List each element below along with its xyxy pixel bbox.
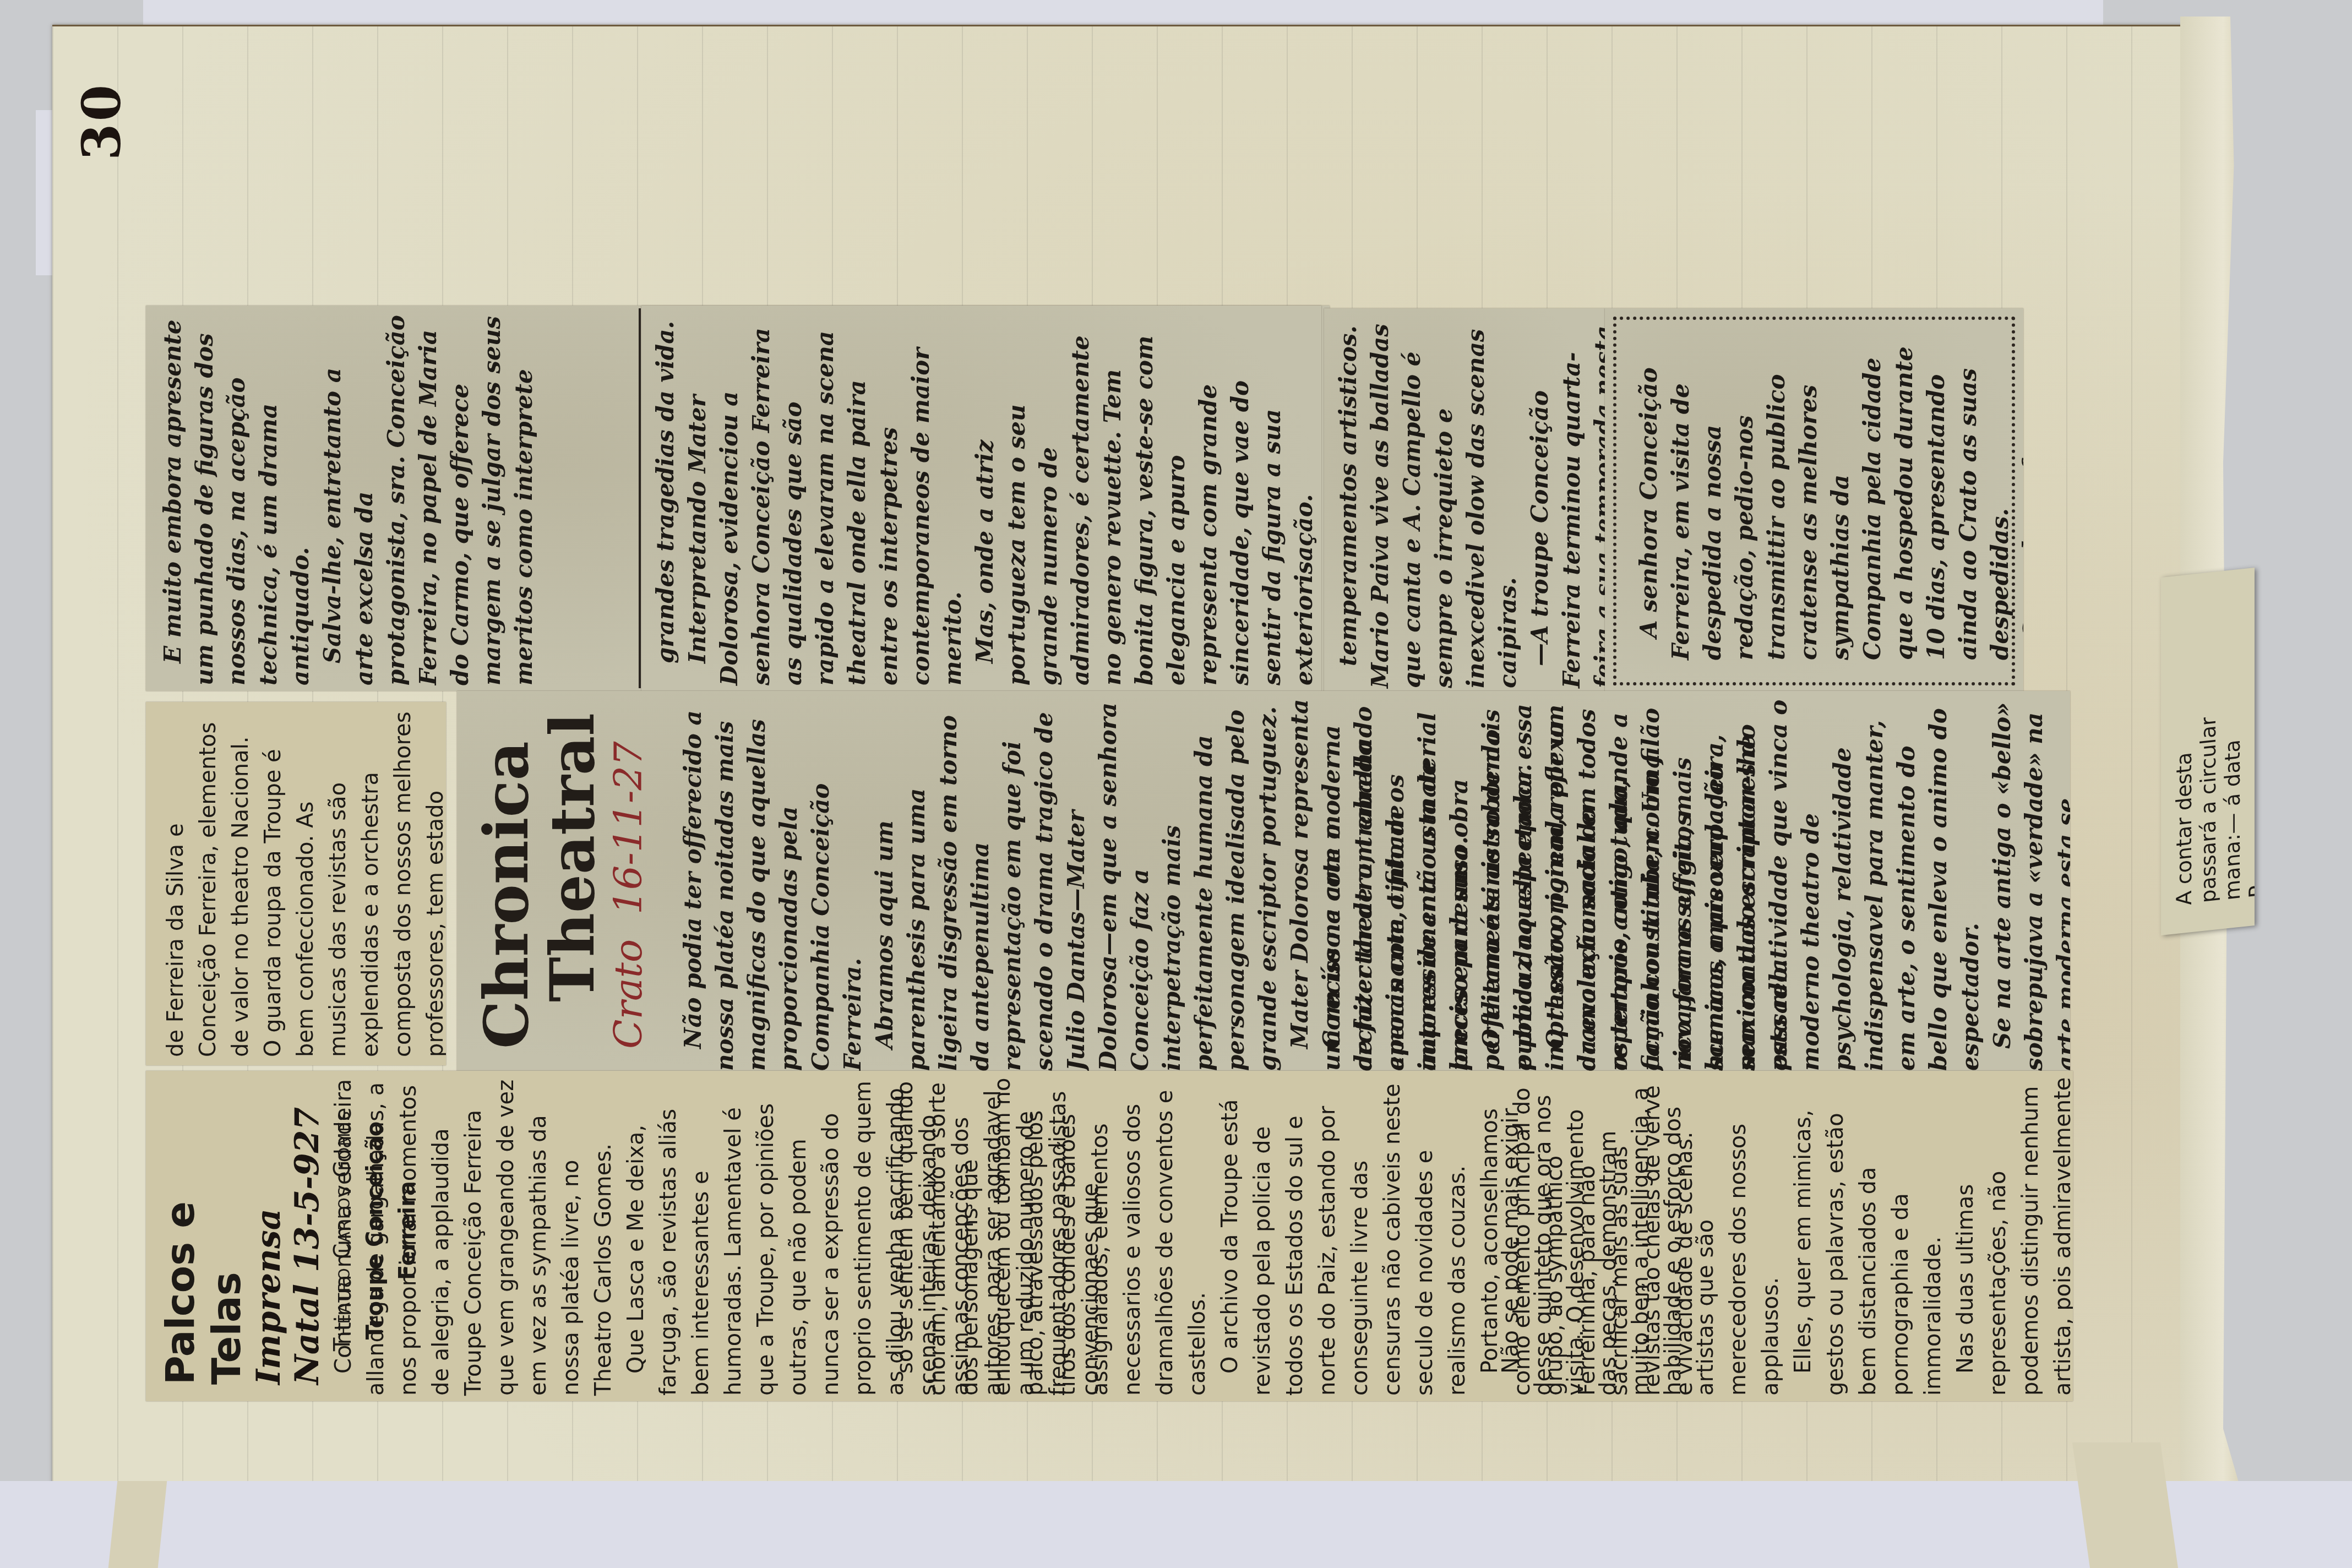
book-flap-right <box>2072 1442 2178 1568</box>
palcos-title: Palcos e Telas <box>157 1076 249 1385</box>
handwritten-date: 16-11-27 <box>606 741 651 914</box>
paragraph: grandes tragedias da vida. <box>650 311 682 685</box>
despedida-text: A senhora Conceição Ferreira, em visita … <box>1633 342 2023 660</box>
paragraph: Nas duas ultimas representações, não pod… <box>1950 1076 2073 1396</box>
paragraph: A senhora Conceição Ferreira, em visita … <box>1633 342 2016 660</box>
page-number: 30 <box>77 77 127 165</box>
handwritten-source: Imprensa <box>249 1076 288 1385</box>
handwritten-place: Crato <box>606 939 651 1049</box>
despedida-box-border: A senhora Conceição Ferreira, em visita … <box>1613 317 2015 685</box>
handwritten-annotation: Crato 16-11-27 <box>606 696 651 1049</box>
paragraph: Salva-lhe, entretanto a arte excelsa da … <box>317 311 542 685</box>
paragraph: E muito embora apresente um punhado de f… <box>157 311 317 685</box>
bottom-sheet <box>0 1481 2352 1568</box>
paragraph: só se sentem bem quando choram, lamentan… <box>889 1076 1214 1396</box>
clip-top-col1: E muito embora apresente um punhado de f… <box>157 311 542 685</box>
clipping-guarda-roupa: de Ferreira da Silva e Conceição Ferreir… <box>146 702 446 1065</box>
column-rule <box>639 308 641 688</box>
chronica-title-1: Chronica <box>473 696 540 1049</box>
folded-clipping: A contar desta passará a circular mana:—… <box>2161 568 2255 935</box>
paragraph: —A troupe Conceição Ferreira terminou qu… <box>1524 314 1605 688</box>
clip-top-col3: temperamentos artisticos. Mario Paiva vi… <box>1332 314 1605 688</box>
paragraph: Não podia ter offerecido a nossa platéa … <box>677 696 869 1071</box>
clipping-top-col3: temperamentos artisticos. Mario Paiva vi… <box>1324 308 1605 694</box>
clipping-chronica-theatral: Chronica Theatral Crato 16-11-27 Não pod… <box>457 691 2070 1076</box>
palcos-col3: Não se pode mais exigir desse quinteto q… <box>1495 1076 2073 1396</box>
book-flap-left <box>108 1481 167 1568</box>
background-sheet-top <box>143 0 2103 28</box>
chronica-title-2: Theatral <box>540 696 606 1049</box>
chronica-col2: Com isso e com o architectar de um enred… <box>1316 696 2070 1071</box>
paragraph: Segundo confessou a graciosa estrella, é… <box>2016 342 2023 660</box>
page-number-text: 30 <box>71 82 133 160</box>
paragraph: Com isso e com o architectar de um enred… <box>1316 696 1539 1071</box>
clip-top-col2: grandes tragedias da vida. Interpretando… <box>650 311 1321 685</box>
paragraph: Em Mater dolorosa ella põe a prova, com … <box>1320 311 1321 685</box>
paragraph: Continua numa verdadeira allandega de ga… <box>328 1076 620 1396</box>
paragraph: Interpretando Mater Dolorosa, evidenciou… <box>682 311 969 685</box>
paragraph: Se na arte antiga o «bello» sobrepujava … <box>1986 696 2070 1071</box>
handwritten-date: Natal 13-5-927 <box>288 1076 326 1385</box>
paragraph: Elles, quer em mimicas, gestos ou palavr… <box>1787 1076 1950 1396</box>
paragraph: O theatro, porem, reflexo da evolução so… <box>1539 696 1986 1071</box>
paragraph: Não se pode mais exigir desse quinteto q… <box>1495 1076 1787 1396</box>
chronica-header: Chronica Theatral Crato 16-11-27 <box>468 696 656 1071</box>
clipping-top-col2: grandes tragedias da vida. Interpretando… <box>641 306 1321 691</box>
clipping-despedida-box: A senhora Conceição Ferreira, em visita … <box>1605 308 2023 694</box>
folded-clipping-text: A contar desta passará a circular mana:—… <box>2172 568 2255 907</box>
paragraph: temperamentos artisticos. Mario Paiva vi… <box>1332 314 1524 688</box>
paragraph: Mas, onde a atriz portugueza tem o seu g… <box>969 311 1320 685</box>
paragraph: O archivo da Troupe está revistado pela … <box>1214 1076 1474 1396</box>
paragraph: Abramos aqui um parenthesis para uma lig… <box>869 696 1284 1071</box>
guarda-roupa-text: de Ferreira da Silva e Conceição Ferreir… <box>160 710 446 1057</box>
clipping-palcos-e-telas: Palcos e Telas Imprensa Natal 13-5-927 T… <box>146 1071 2073 1401</box>
